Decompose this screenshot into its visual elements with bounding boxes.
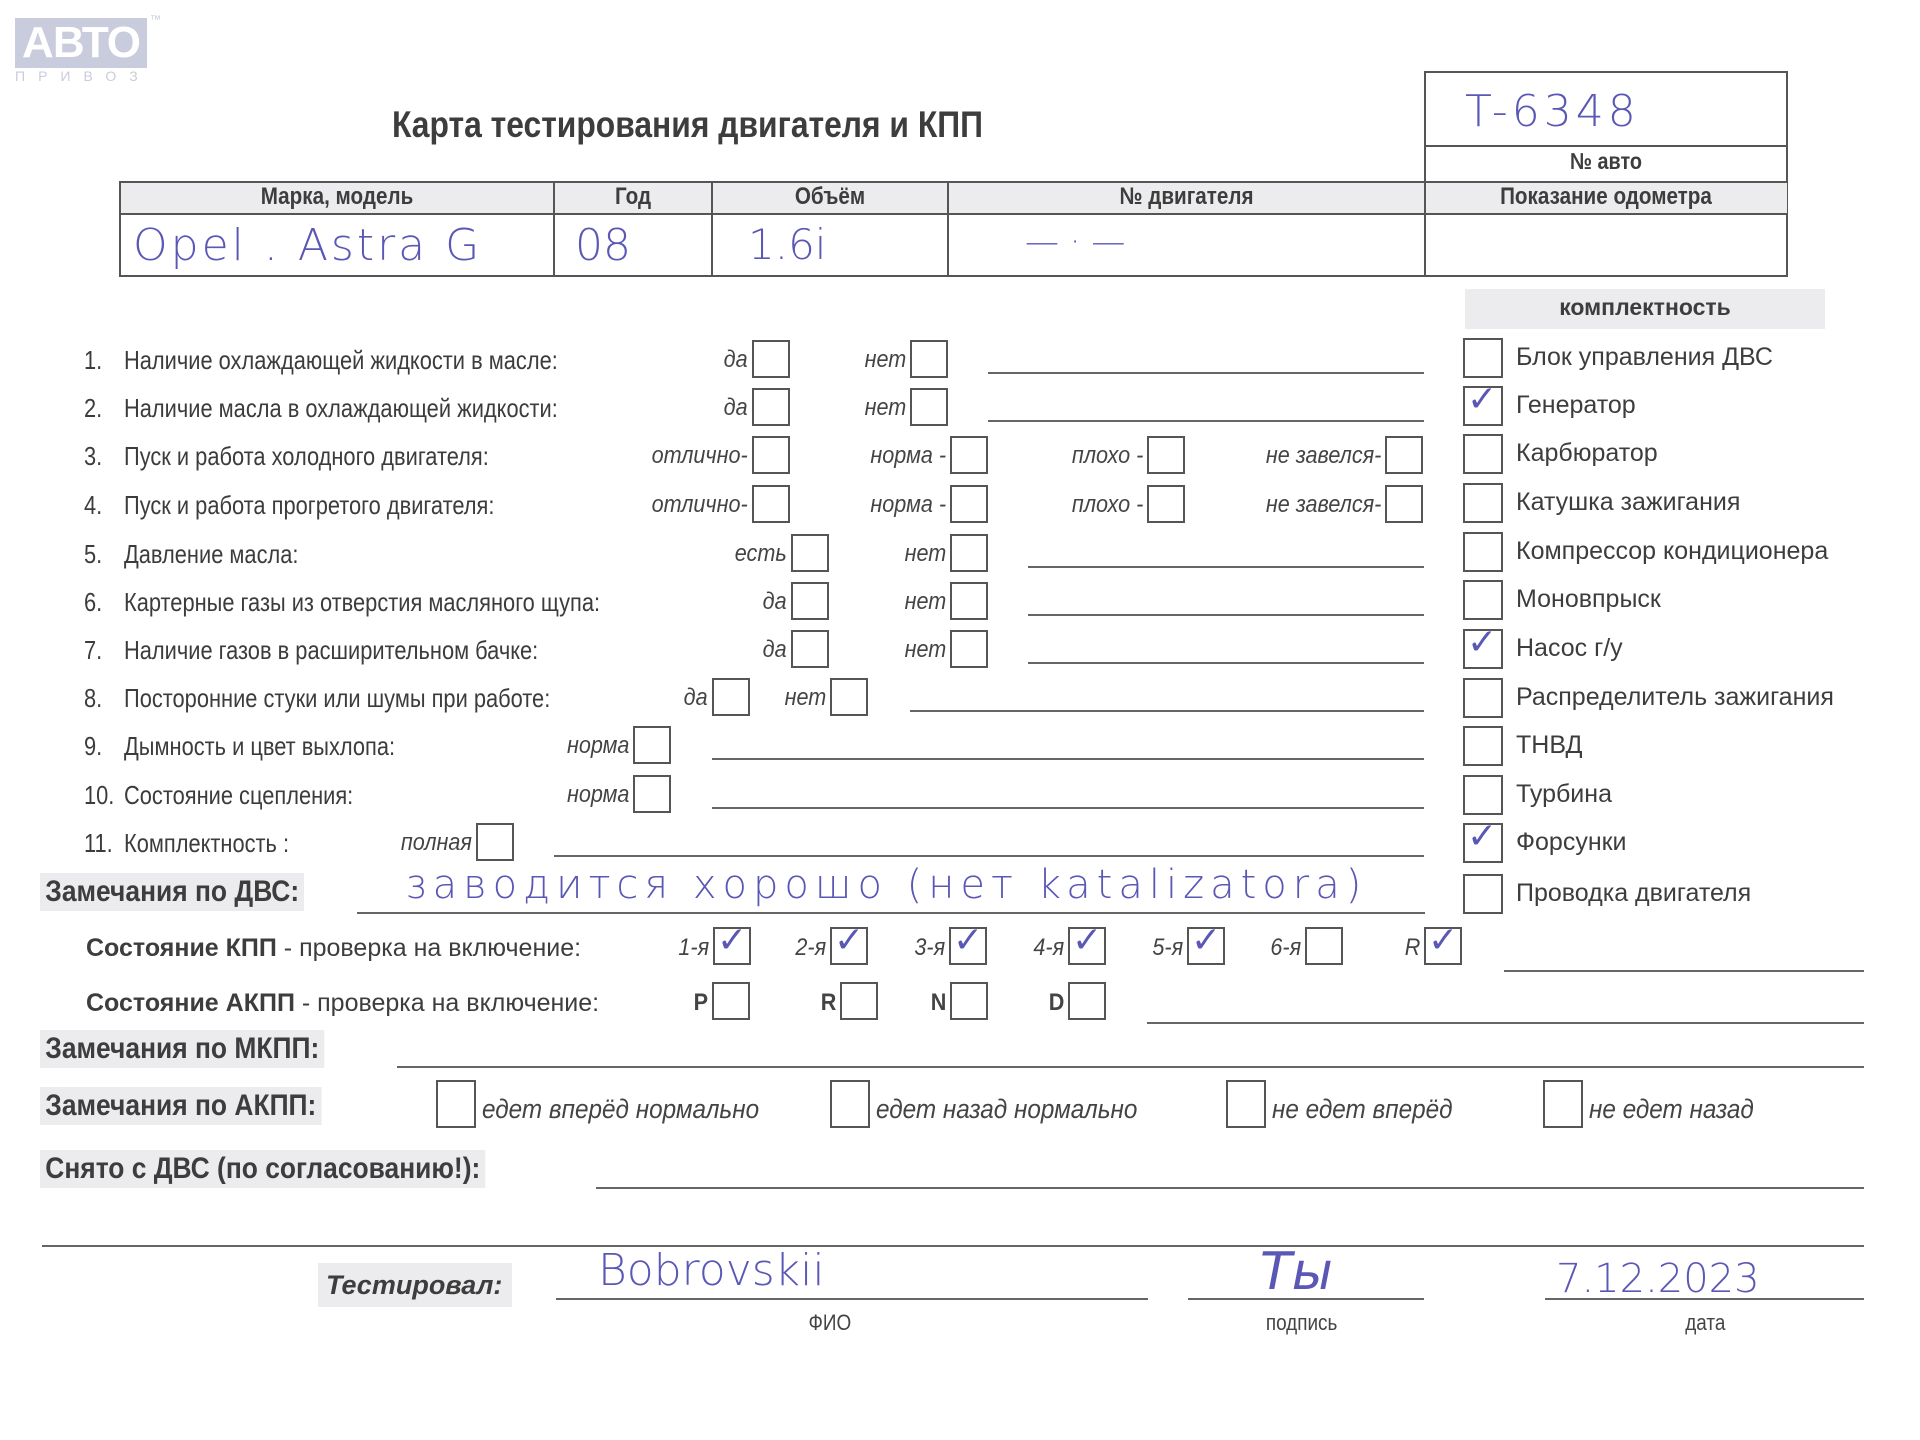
akpp-remark-checkbox[interactable] xyxy=(1226,1080,1266,1128)
option-checkbox[interactable] xyxy=(950,534,988,572)
completeness-item-label: Распределитель зажигания xyxy=(1516,683,1834,712)
option-label: нет xyxy=(904,540,946,568)
notes-line[interactable] xyxy=(910,710,1424,712)
gear-checkbox[interactable]: ✓ xyxy=(713,927,751,965)
completeness-title: комплектность xyxy=(1465,294,1825,321)
akpp-position-label: D xyxy=(1048,989,1064,1017)
logo: АВТО xyxy=(15,18,147,68)
option-checkbox[interactable] xyxy=(1385,485,1423,523)
option-checkbox[interactable] xyxy=(830,678,868,716)
volume-value[interactable]: 1.6i xyxy=(748,220,826,269)
option-label: нет xyxy=(864,346,906,374)
completeness-checkbox[interactable]: ✓ xyxy=(1463,629,1503,669)
logo-trademark: ™ xyxy=(150,14,161,26)
make-model-value[interactable]: Opel . Astra G xyxy=(133,220,482,271)
option-checkbox[interactable] xyxy=(791,630,829,668)
completeness-item-label: Насос г/у xyxy=(1516,634,1623,663)
option-label: не завелся- xyxy=(1265,491,1381,519)
checklist-label: Посторонние стуки или шумы при работе: xyxy=(124,683,550,714)
option-checkbox[interactable] xyxy=(950,582,988,620)
checkmark-icon: ✓ xyxy=(1072,921,1102,961)
completeness-checkbox[interactable]: ✓ xyxy=(1463,386,1503,426)
completeness-checkbox[interactable] xyxy=(1463,338,1503,378)
checklist-number: 11. xyxy=(84,828,113,859)
car-number-label: № авто xyxy=(1451,148,1761,175)
checkmark-icon: ✓ xyxy=(953,921,983,961)
signature-caption: подпись xyxy=(1266,1310,1338,1336)
engine-remarks-label: Замечания по ДВС: xyxy=(40,873,304,911)
completeness-checkbox[interactable] xyxy=(1463,726,1503,766)
notes-line[interactable] xyxy=(988,420,1424,422)
option-checkbox[interactable] xyxy=(950,485,988,523)
checklist-label: Комплектность : xyxy=(124,828,289,859)
akpp-remark-checkbox[interactable] xyxy=(436,1080,476,1128)
gear-label: 4-я xyxy=(1033,934,1064,962)
option-checkbox[interactable] xyxy=(791,582,829,620)
checklist-label: Пуск и работа холодного двигателя: xyxy=(124,441,489,472)
option-checkbox[interactable] xyxy=(910,340,948,378)
checkmark-icon: ✓ xyxy=(1428,921,1458,961)
option-checkbox[interactable] xyxy=(712,678,750,716)
akpp-position-label: R xyxy=(820,989,836,1017)
option-checkbox[interactable] xyxy=(752,388,790,426)
option-label: нет xyxy=(864,394,906,422)
checklist-number: 6. xyxy=(84,587,102,618)
checkmark-icon: ✓ xyxy=(834,921,864,961)
option-checkbox[interactable] xyxy=(633,726,671,764)
removed-label: Снято с ДВС (по согласованию!): xyxy=(40,1150,486,1188)
completeness-checkbox[interactable] xyxy=(1463,580,1503,620)
checklist-label: Наличие охлаждающей жидкости в масле: xyxy=(124,345,558,376)
checklist-label: Пуск и работа прогретого двигателя: xyxy=(124,490,494,521)
akpp-position-label: P xyxy=(694,989,708,1017)
notes-line[interactable] xyxy=(554,855,1424,857)
manual-gearbox-label: Состояние КПП - проверка на включение: xyxy=(86,934,581,963)
option-checkbox[interactable] xyxy=(950,436,988,474)
gear-checkbox[interactable] xyxy=(1305,927,1343,965)
option-checkbox[interactable] xyxy=(752,340,790,378)
option-label: норма - xyxy=(870,491,946,519)
checklist-label: Давление масла: xyxy=(124,539,298,570)
completeness-item-label: Блок управления ДВС xyxy=(1516,343,1773,372)
gear-label: R xyxy=(1404,934,1420,962)
checklist-number: 7. xyxy=(84,635,102,666)
option-label: есть xyxy=(735,540,787,568)
gear-label: 3-я xyxy=(914,934,945,962)
date-caption: дата xyxy=(1685,1310,1725,1336)
option-label: плохо - xyxy=(1072,442,1143,470)
completeness-item-label: ТНВД xyxy=(1516,731,1582,760)
gear-checkbox[interactable]: ✓ xyxy=(949,927,987,965)
header-odometer: Показание одометра xyxy=(1451,183,1761,211)
tester-date[interactable]: 7.12.2023 xyxy=(1556,1256,1760,1302)
checklist-number: 5. xyxy=(84,539,102,570)
akpp-remark-label: едет назад нормально xyxy=(876,1094,1137,1125)
checklist-label: Состояние сцепления: xyxy=(124,780,353,811)
option-label: не завелся- xyxy=(1265,442,1381,470)
checkmark-icon: ✓ xyxy=(1467,380,1497,420)
akpp-remark-label: не едет вперёд xyxy=(1272,1094,1453,1125)
header-make-model: Марка, модель xyxy=(151,183,523,211)
header-volume: Объём xyxy=(729,183,930,211)
akpp-remarks-label: Замечания по АКПП: xyxy=(40,1087,322,1125)
notes-line[interactable] xyxy=(1028,662,1424,664)
completeness-checkbox[interactable] xyxy=(1463,434,1503,474)
option-label: да xyxy=(763,636,787,664)
akpp-remark-checkbox[interactable] xyxy=(830,1080,870,1128)
completeness-item-label: Моновпрыск xyxy=(1516,585,1661,614)
checklist-number: 1. xyxy=(84,345,102,376)
completeness-checkbox[interactable] xyxy=(1463,483,1503,523)
option-label: норма xyxy=(567,781,629,809)
option-checkbox[interactable] xyxy=(1147,485,1185,523)
akpp-position-checkbox[interactable] xyxy=(840,982,878,1020)
option-checkbox[interactable] xyxy=(633,775,671,813)
completeness-checkbox[interactable] xyxy=(1463,678,1503,718)
car-number-value[interactable]: T-6348 xyxy=(1465,86,1640,137)
gear-checkbox[interactable]: ✓ xyxy=(1424,927,1462,965)
gear-label: 1-я xyxy=(678,934,709,962)
akpp-remark-checkbox[interactable] xyxy=(1543,1080,1583,1128)
option-checkbox[interactable] xyxy=(1147,436,1185,474)
akpp-position-checkbox[interactable] xyxy=(712,982,750,1020)
completeness-item-label: Турбина xyxy=(1516,780,1612,809)
gear-label: 5-я xyxy=(1152,934,1183,962)
option-label: да xyxy=(763,588,787,616)
checklist-number: 9. xyxy=(84,731,102,762)
notes-line[interactable] xyxy=(1028,614,1424,616)
year-value[interactable]: 08 xyxy=(575,220,631,271)
checkmark-icon: ✓ xyxy=(1191,921,1221,961)
checklist-label: Наличие газов в расширительном бачке: xyxy=(124,635,538,666)
completeness-item-label: Генератор xyxy=(1516,391,1636,420)
completeness-checkbox[interactable] xyxy=(1463,775,1503,815)
checklist-label: Наличие масла в охлаждающей жидкости: xyxy=(124,393,558,424)
header-year: Год xyxy=(566,183,700,211)
option-label: да xyxy=(724,394,748,422)
akpp-position-checkbox[interactable] xyxy=(1068,982,1106,1020)
option-checkbox[interactable] xyxy=(752,485,790,523)
checklist-number: 4. xyxy=(84,490,102,521)
tester-label: Тестировал: xyxy=(326,1270,502,1301)
checklist-label: Картерные газы из отверстия масляного щу… xyxy=(124,587,600,618)
option-checkbox[interactable] xyxy=(910,388,948,426)
checkmark-icon: ✓ xyxy=(1467,817,1497,857)
completeness-item-label: Проводка двигателя xyxy=(1516,879,1751,908)
option-checkbox[interactable] xyxy=(791,534,829,572)
automatic-gearbox-label: Состояние АКПП - проверка на включение: xyxy=(86,989,599,1018)
mkpp-remarks-field[interactable] xyxy=(397,1066,1864,1068)
tester-signature[interactable]: Ты xyxy=(1260,1242,1333,1302)
page-title: Карта тестирования двигателя и КПП xyxy=(392,104,983,146)
option-checkbox[interactable] xyxy=(752,436,790,474)
gear-label: 2-я xyxy=(795,934,826,962)
completeness-checkbox[interactable] xyxy=(1463,874,1503,914)
notes-line[interactable] xyxy=(712,807,1424,809)
option-checkbox[interactable] xyxy=(476,823,514,861)
checklist-number: 8. xyxy=(84,683,102,714)
tester-name[interactable]: Bobrovskii xyxy=(598,1245,825,1296)
option-checkbox[interactable] xyxy=(950,630,988,668)
checklist-number: 10. xyxy=(84,780,114,811)
akpp-remark-label: не едет назад xyxy=(1589,1094,1754,1125)
option-label: отлично- xyxy=(652,442,748,470)
mkpp-remarks-label: Замечания по МКПП: xyxy=(40,1030,325,1068)
akpp-remark-label: едет вперёд нормально xyxy=(482,1094,759,1125)
checklist-number: 2. xyxy=(84,393,102,424)
gear-checkbox[interactable]: ✓ xyxy=(1187,927,1225,965)
option-label: норма - xyxy=(870,442,946,470)
checklist-label: Дымность и цвет выхлопа: xyxy=(124,731,395,762)
option-label: да xyxy=(684,684,708,712)
option-label: норма xyxy=(567,732,629,760)
option-label: да xyxy=(724,346,748,374)
engine-remarks-value[interactable]: заводится хорошо (нет katalizatora) xyxy=(405,862,1367,908)
completeness-item-label: Форсунки xyxy=(1516,828,1627,857)
notes-line[interactable] xyxy=(712,758,1424,760)
checkmark-icon: ✓ xyxy=(717,921,747,961)
logo-subtitle: ПРИВОЗ xyxy=(15,68,147,84)
option-checkbox[interactable] xyxy=(1385,436,1423,474)
option-label: нет xyxy=(904,588,946,616)
engine-number-value[interactable]: — · — xyxy=(1025,222,1125,262)
checkmark-icon: ✓ xyxy=(1467,623,1497,663)
header-engine-number: № двигателя xyxy=(982,183,1391,211)
gear-checkbox[interactable]: ✓ xyxy=(1068,927,1106,965)
completeness-item-label: Карбюратор xyxy=(1516,439,1658,468)
completeness-checkbox[interactable] xyxy=(1463,532,1503,572)
gear-label: 6-я xyxy=(1270,934,1301,962)
notes-line[interactable] xyxy=(1028,566,1424,568)
notes-line[interactable] xyxy=(988,372,1424,374)
name-caption: ФИО xyxy=(808,1310,851,1336)
checklist-number: 3. xyxy=(84,441,102,472)
completeness-item-label: Компрессор кондиционера xyxy=(1516,537,1828,566)
completeness-item-label: Катушка зажигания xyxy=(1516,488,1740,517)
completeness-checkbox[interactable]: ✓ xyxy=(1463,823,1503,863)
option-label: нет xyxy=(904,636,946,664)
akpp-position-label: N xyxy=(930,989,946,1017)
gear-checkbox[interactable]: ✓ xyxy=(830,927,868,965)
option-label: полная xyxy=(401,829,472,857)
option-label: нет xyxy=(784,684,826,712)
akpp-position-checkbox[interactable] xyxy=(950,982,988,1020)
option-label: плохо - xyxy=(1072,491,1143,519)
option-label: отлично- xyxy=(652,491,748,519)
removed-field[interactable] xyxy=(596,1187,1864,1189)
